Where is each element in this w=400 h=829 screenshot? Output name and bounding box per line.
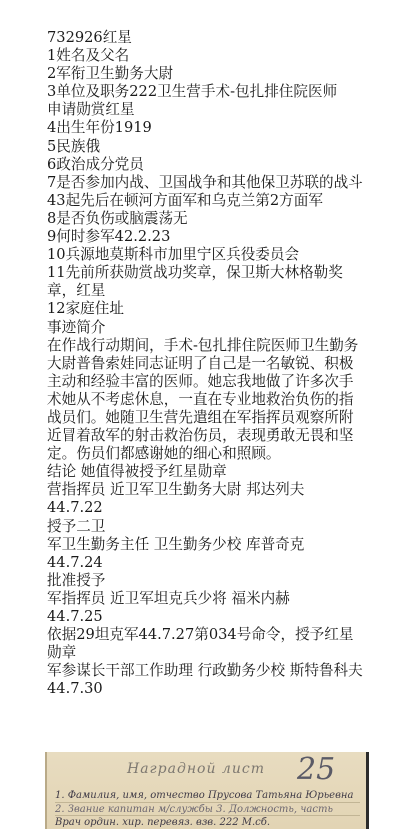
signatory-medical-chief: 军卫生勤务主任 卫生勤务少校 库普奇克 bbox=[47, 536, 367, 554]
recommendation-2: 授予二卫 bbox=[47, 518, 367, 536]
field-draft-office: 10兵源地莫斯科市加里宁区兵役委员会 bbox=[47, 246, 367, 264]
field-enlistment-date: 9何时参军42.2.23 bbox=[47, 228, 367, 246]
date-2: 44.7.24 bbox=[47, 554, 367, 572]
deeds-paragraph: 在作战行动期间，手术-包扎排住院医师卫生勤务大尉普鲁索娃同志证明了自己是一名敏锐… bbox=[47, 337, 367, 464]
award-document-text: 732926红星 1姓名及父名 2军衔卫生勤务大尉 3单位及职务222卫生营手术… bbox=[47, 29, 367, 698]
field-wounds: 8是否负伤或脑震荡无 bbox=[47, 210, 367, 228]
field-home-address: 12家庭住址 bbox=[47, 300, 367, 318]
signatory-battalion: 营指挥员 近卫军卫生勤务大尉 邦达列夫 bbox=[47, 481, 367, 499]
section-heading-deeds: 事迹简介 bbox=[47, 319, 367, 337]
award-sheet-scan-image: Наградной лист 25 1. Фамилия, имя, отчес… bbox=[45, 752, 369, 829]
field-party: 6政治成分党员 bbox=[47, 156, 367, 174]
scan-title: Наградной лист bbox=[127, 761, 265, 777]
field-combat-participation: 7是否参加内战、卫国战争和其他保卫苏联的战斗43起先后在顿河方面军和乌克兰第2方… bbox=[47, 174, 367, 210]
signatory-corps-commander: 军指挥员 近卫军坦克兵少将 福米内赫 bbox=[47, 590, 367, 608]
scan-row-position: Врач ордин. хир. перевяз. взв. 222 М.сб. bbox=[55, 817, 360, 828]
award-requested: 申请勋赏红星 bbox=[47, 101, 367, 119]
field-rank: 2军衔卫生勤务大尉 bbox=[47, 65, 367, 83]
field-unit-position: 3单位及职务222卫生营手术-包扎排住院医师 bbox=[47, 83, 367, 101]
conclusion: 结论 她值得被授予红星勋章 bbox=[47, 463, 367, 481]
date-3: 44.7.25 bbox=[47, 608, 367, 626]
field-name: 1姓名及父名 bbox=[47, 47, 367, 65]
field-previous-awards: 11先前所获勋赏战功奖章，保卫斯大林格勒奖章，红星 bbox=[47, 264, 367, 300]
scan-handwritten-number: 25 bbox=[297, 752, 335, 787]
scan-rule bbox=[55, 802, 360, 803]
award-number-line: 732926红星 bbox=[47, 29, 367, 47]
scan-rule bbox=[55, 815, 360, 816]
scan-row-name: 1. Фамилия, имя, отчество Прусова Татьян… bbox=[55, 790, 360, 801]
date-4: 44.7.30 bbox=[47, 680, 367, 698]
field-birth-year: 4出生年份1919 bbox=[47, 119, 367, 137]
approval: 批准授予 bbox=[47, 572, 367, 590]
order-reference: 依据29坦克军44.7.27第034号命令，授予红星勋章 bbox=[47, 626, 367, 662]
scan-row-rank: 2. Звание капитан м/службы 3. Должность,… bbox=[55, 804, 360, 815]
date-1: 44.7.22 bbox=[47, 499, 367, 517]
field-nationality: 5民族俄 bbox=[47, 138, 367, 156]
signatory-staff-assistant: 军参谋长干部工作助理 行政勤务少校 斯特鲁科夫 bbox=[47, 662, 367, 680]
